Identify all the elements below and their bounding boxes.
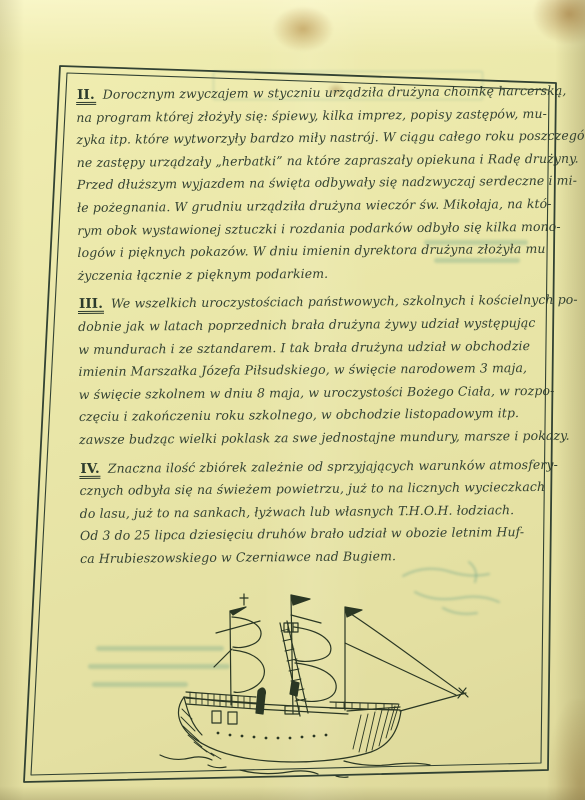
manuscript-line-text: logów i pięknych pokazów. W dniu imienin…: [77, 241, 545, 260]
paper-stain: [533, 0, 585, 44]
hull: [178, 697, 401, 762]
jib-stay: [345, 610, 463, 694]
manuscript-line: Od 3 do 25 lipca dziesięciu druhów brało…: [80, 521, 526, 547]
sail: [232, 617, 261, 648]
manuscript-line: zawsze budząc wielki poklask za swe jedn…: [79, 425, 525, 451]
manuscript-line: dobnie jak w latach poprzednich brała dr…: [78, 312, 524, 338]
sail: [295, 663, 336, 701]
pennant-flag: [230, 607, 246, 615]
top-light-band: [0, 0, 585, 55]
bleed-through-line: [88, 664, 230, 669]
manuscript-line-text: Od 3 do 25 lipca dziesięciu druhów brało…: [80, 524, 524, 543]
manuscript-line-text: Przed dłuższym wyjazdem na święta odbywa…: [77, 173, 577, 192]
manuscript-line-text: Dorocznym zwyczajem w styczniu urządziła…: [103, 83, 567, 102]
manuscript-line: II.Dorocznym zwyczajem w styczniu urządz…: [76, 80, 522, 106]
sailor-figure: [290, 681, 299, 696]
hull-hatching: [353, 704, 399, 752]
wave: [240, 770, 318, 774]
right-edge-shadow: [555, 0, 585, 800]
manuscript-line-text: na program której złożyły się: śpiewy, k…: [76, 105, 547, 124]
sailing-ship-drawing: [148, 583, 478, 783]
manuscript-line: logów i pięknych pokazów. W dniu imienin…: [77, 238, 523, 264]
pennant-flag: [345, 607, 362, 617]
manuscript-line: ca Hrubieszowskiego w Czerniawce nad Bug…: [80, 544, 526, 570]
section-numeral: III.: [78, 297, 104, 314]
bleed-through-text: [88, 642, 238, 704]
mast: [291, 595, 293, 714]
sailor-figure: [256, 688, 265, 714]
manuscript-line-text: We wszelkich uroczystościach państwowych…: [111, 292, 578, 311]
hull-hatching: [181, 709, 221, 759]
manuscript-line-text: w święcie szkolnem w dniu 8 maja, w uroc…: [79, 383, 555, 402]
paper-stain: [272, 6, 334, 52]
section-numeral: IV.: [79, 461, 101, 478]
rope-ladder: [280, 621, 308, 716]
left-edge-shadow: [0, 0, 24, 800]
manuscript-line-text: ne zastępy urządzały „herbatki” na które…: [77, 150, 579, 169]
cross-mark: [240, 594, 248, 605]
bleed-through-line: [96, 646, 224, 651]
section-numeral: II.: [76, 88, 96, 105]
manuscript-section: II.Dorocznym zwyczajem w styczniu urządz…: [76, 80, 524, 287]
manuscript-line-text: częciu i zakończeniu roku szkolnego, w o…: [79, 405, 519, 424]
wave: [208, 765, 226, 768]
mast: [230, 611, 231, 705]
pennant-flag: [291, 595, 310, 605]
manuscript-section: IV.Znaczna ilość zbiórek zależnie od spr…: [79, 454, 526, 571]
bottom-edge-shadow: [0, 786, 585, 800]
paper-stain: [548, 700, 585, 800]
manuscript-line-text: w mundurach i ze sztandarem. I tak brała…: [78, 338, 530, 357]
bow-railing: [330, 702, 398, 710]
manuscript-line-text: rym obok wystawionej sztuczki i rozdania…: [77, 218, 561, 237]
manuscript-line-text: dobnie jak w latach poprzednich brała dr…: [78, 315, 535, 334]
manuscript-line-text: życzenia łącznie z pięknym podarkiem.: [78, 266, 329, 283]
stern-railing: [186, 692, 256, 709]
sail: [233, 650, 264, 692]
manuscript-line-text: ca Hrubieszowskiego w Czerniawce nad Bug…: [80, 548, 396, 566]
mast-base: [285, 706, 299, 714]
manuscript-line-text: Znaczna ilość zbiórek zależnie od sprzyj…: [108, 456, 558, 475]
manuscript-line-text: łe pożegnania. W grudniu urządziła druży…: [77, 196, 552, 215]
portholes: [217, 732, 328, 740]
sail: [294, 627, 331, 661]
photographed-album-page: II.Dorocznym zwyczajem w styczniu urządz…: [0, 0, 585, 800]
crows-nest: [284, 623, 298, 632]
manuscript-line-text: zawsze budząc wielki poklask za swe jedn…: [79, 428, 570, 447]
manuscript-line: łe pożegnania. W grudniu urządziła druży…: [77, 193, 523, 219]
wave: [160, 755, 212, 760]
manuscript-line-text: imienin Marszałka Józefa Piłsudskiego, w…: [78, 360, 527, 379]
manuscript-section: III.We wszelkich uroczystościach państwo…: [78, 289, 525, 451]
wave: [344, 761, 430, 765]
bleed-through-line: [92, 682, 188, 687]
deck-cabin: [212, 711, 237, 724]
gunwale: [184, 697, 400, 710]
manuscript-line-text: zyka itp. które wytworzyły bardzo miły n…: [76, 128, 585, 148]
manuscript-line: życzenia łącznie z pięknym podarkiem.: [78, 261, 524, 287]
wave: [336, 776, 348, 777]
manuscript-line-text: cznych odbyła się na świeżem powietrzu, …: [79, 479, 545, 498]
bowsprit: [400, 693, 466, 711]
manuscript-line-text: do lasu, już to na sankach, łyżwach lub …: [80, 502, 515, 521]
manuscript-text: II.Dorocznym zwyczajem w styczniu urządz…: [76, 80, 526, 576]
